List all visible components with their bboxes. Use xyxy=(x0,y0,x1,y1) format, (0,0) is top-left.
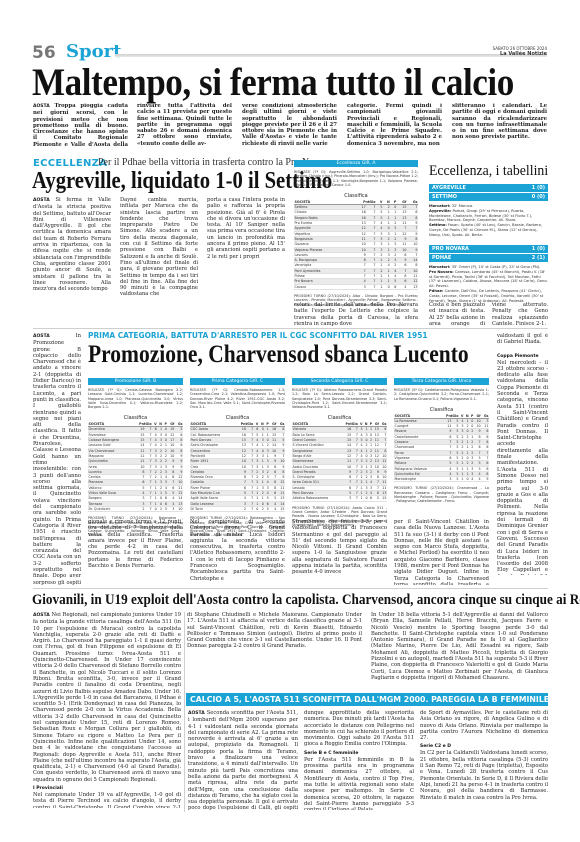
table-cell: 9 xyxy=(481,477,489,482)
eccellenza-column-3: porta a casa l'intera posta in palio e r… xyxy=(207,197,285,325)
column-divider xyxy=(184,612,185,812)
prima-categoria-banner: PRIMA CATEGORIA, BATTUTA D'ARRESTO PER I… xyxy=(88,331,428,340)
table-row: Atletico Robassomero37106515 xyxy=(292,496,387,501)
section-divider xyxy=(33,328,548,329)
results-text: RISULTATI (7ª G): Aygreville-Settimo 1-0… xyxy=(294,170,418,187)
table-cell: 1 xyxy=(358,496,363,501)
lead-column-4: categorie. Fermi quindi i campionati gio… xyxy=(347,103,442,147)
seconda-categoria-standings: Seconda Categoria GIR. C RISULTATI (7ª G… xyxy=(292,378,387,527)
table-cell: 4 xyxy=(269,506,277,511)
masthead-rule xyxy=(115,54,547,57)
promozione-headline: Promozione, Charvensod sbanca Lucento xyxy=(88,341,469,369)
table-cell: 2 xyxy=(234,506,246,511)
eccellenza-standings: Eccellenza GIR. A RISULTATI (7ª G): Aygr… xyxy=(294,160,418,307)
promozione-bottom-2: Nel campionato di Seconda Categoria, gir… xyxy=(190,519,285,585)
table-cell: 0 xyxy=(383,284,390,289)
table-cell: Atletico Robassomero xyxy=(292,496,341,501)
table-cell: 6 xyxy=(390,284,397,289)
table-cell: 5 xyxy=(264,506,269,511)
giovanili-headline: Giovanili, in U19 exploit dell'Aosta con… xyxy=(32,592,580,609)
table-cell: 0 xyxy=(152,506,157,511)
calcio-a5-banner: CALCIO A 5, L'AOSTA 511 SCONFITTA DALL'M… xyxy=(186,693,548,706)
promozione-bottom-1: gionale e rimane fermo a 12 punti, ora d… xyxy=(88,519,183,585)
tabellino-match-2: PRO NOVARA1 (0) PDHAE2 (1) Marcatori: 35… xyxy=(429,245,548,303)
calcio5-column-3: de Sport di Aymavilles. Per le castellan… xyxy=(420,710,548,810)
calcio5-column-2: dunque approfittato della superiorità nu… xyxy=(304,710,414,810)
home-team-bar: AYGREVILLE1 (0) xyxy=(429,184,548,192)
table-cell: Cavour xyxy=(294,284,350,289)
table-cell: 7 xyxy=(145,506,152,511)
terza-categoria-standings: Terza Categoria GIR. Unico RISULTATI (5ª… xyxy=(394,378,489,504)
prima-categoria-standings: Prima Categoria GIR. C RISULTATI (7ª G):… xyxy=(190,378,285,538)
table-row: Di Torin27025415 xyxy=(190,506,285,511)
table-cell: 4 xyxy=(474,477,481,482)
promozione-bottom-3: Strambinese che finisce 3-3, per i valdo… xyxy=(292,519,387,585)
promozione-left-column: AOSTA In Promozione girone B colpaccio d… xyxy=(33,333,81,585)
table-cell: Di Torin xyxy=(190,506,234,511)
table-cell: 3 xyxy=(341,496,352,501)
table-cell: 7 xyxy=(352,496,359,501)
newspaper-name: La Vallée Notizie xyxy=(500,51,547,57)
eccellenza-bottom-text-3: viene atterrato. Penalty che Geno realiz… xyxy=(492,302,548,326)
standings-table: SOCIETÀPntGioVNPGfGsSettimo177520157Chis… xyxy=(294,200,418,290)
standings-table: SOCIETÀPntGioVNPGfGsVistrorio167511156Ba… xyxy=(292,422,387,501)
table-cell: 4 xyxy=(397,284,407,289)
eccellenza-headline: Aygreville, liquidato 1-0 il Settimo xyxy=(32,168,332,195)
coppa-piemonte-kicker: Coppa Piemonte xyxy=(497,354,548,359)
table-title: Eccellenza GIR. A xyxy=(294,160,418,167)
table-cell: 13 xyxy=(407,284,418,289)
classifica-label: Classifica xyxy=(294,193,418,199)
calcio5-column-1: AOSTA Seconda sconfitta per l'Aosta 511,… xyxy=(188,710,298,810)
table-cell: 1 xyxy=(459,477,464,482)
table-row: Montalenghe3510449 xyxy=(394,477,489,482)
table-cell: 10 xyxy=(175,506,183,511)
column-header: V xyxy=(358,422,363,427)
lead-column-3: verse condizioni atmosferiche degli ulti… xyxy=(242,103,337,147)
table-cell: 2 xyxy=(133,506,145,511)
table-cell: Montalenghe xyxy=(394,477,440,482)
table-cell: 0 xyxy=(363,496,368,501)
promozione-bottom-4: per il Saint-Vincent Châtillon in casa d… xyxy=(394,519,489,585)
table-cell: 0 xyxy=(464,477,469,482)
giovanili-column-2: di Stephane Chiudinelli e Michele Maiora… xyxy=(187,612,362,690)
table-cell: 2 xyxy=(259,506,264,511)
standings-table: SOCIETÀPntGioVNPGfGsCGC Aosta187601166Ca… xyxy=(190,422,285,512)
promozione-standings: Promozione GIR. B RISULTATI (7ª G): Ceni… xyxy=(88,378,183,538)
table-cell: 1 xyxy=(376,284,383,289)
tabellini-title: Eccellenza, i tabellini xyxy=(429,163,548,180)
lead-column-1: AOSTA Troppa pioggia caduta nei giorni s… xyxy=(33,103,128,147)
table-cell: 6 xyxy=(368,496,373,501)
standings-table: SOCIETÀPntGioVNPGfGsDruentina197610195Ri… xyxy=(88,422,183,512)
table-cell: 4 xyxy=(469,477,474,482)
table-cell: 5 xyxy=(452,477,459,482)
tabellino-match-1: AYGREVILLE1 (0) SETTIMO0 (0) Marcatori: … xyxy=(429,184,548,238)
table-cell: 3 xyxy=(440,477,452,482)
away-team-bar: SETTIMO0 (0) xyxy=(429,193,548,201)
lead-column-2: rinviare tutta l'attività del calcio a 1… xyxy=(137,103,232,147)
table-row: Br. Quinticchi27025310 xyxy=(88,506,183,511)
table-cell: 2 xyxy=(157,506,162,511)
table-cell: 7 xyxy=(366,284,376,289)
away-team-bar: PDHAE2 (1) xyxy=(429,254,548,262)
lead-column-5: slitteranno i calendari. Le partite di o… xyxy=(452,103,547,147)
table-cell: 0 xyxy=(254,506,259,511)
table-cell: 5 xyxy=(163,506,168,511)
eccellenza-column-2: Dayné cambia marcia, infilata per Maruca… xyxy=(120,197,198,325)
lead-headline: Maltempo, si ferma tutto il calcio xyxy=(32,60,514,105)
giovanili-column-3: In Under 18 bella vittoria 5-1 dell'Aygr… xyxy=(371,612,548,690)
eccellenza-bottom-text-2: Costa è ben piazzato ed insacca di testa… xyxy=(429,302,485,326)
table-cell: Br. Quinticchi xyxy=(88,506,133,511)
table-cell: 7 xyxy=(246,506,253,511)
section-divider xyxy=(33,588,548,589)
table-cell: 15 xyxy=(379,496,387,501)
table-cell: 5 xyxy=(373,496,380,501)
home-team-bar: PRO NOVARA1 (0) xyxy=(429,245,548,253)
eccellenza-bottom-text: colori: dal limite dell'area della Pro N… xyxy=(294,302,418,326)
table-row: Cavour37106413 xyxy=(294,284,418,289)
section-title: Sport xyxy=(66,41,121,62)
eccellenza-column-1: AOSTA Si ferma in Valle d'Aosta la stris… xyxy=(33,197,111,325)
dateline: AOSTA xyxy=(33,104,50,109)
table-cell: 15 xyxy=(277,506,285,511)
table-cell: 3 xyxy=(350,284,366,289)
table-cell: 3 xyxy=(167,506,174,511)
standings-table: SOCIETÀPntGioVNPGfGsLa Romanese135410103… xyxy=(394,414,489,483)
giovanili-column-1: AOSTA Nei Regionali, nel campionato juni… xyxy=(33,612,181,808)
coppa-piemonte-column: valdostani il gol è di Gabriel Riada. Co… xyxy=(497,333,548,585)
